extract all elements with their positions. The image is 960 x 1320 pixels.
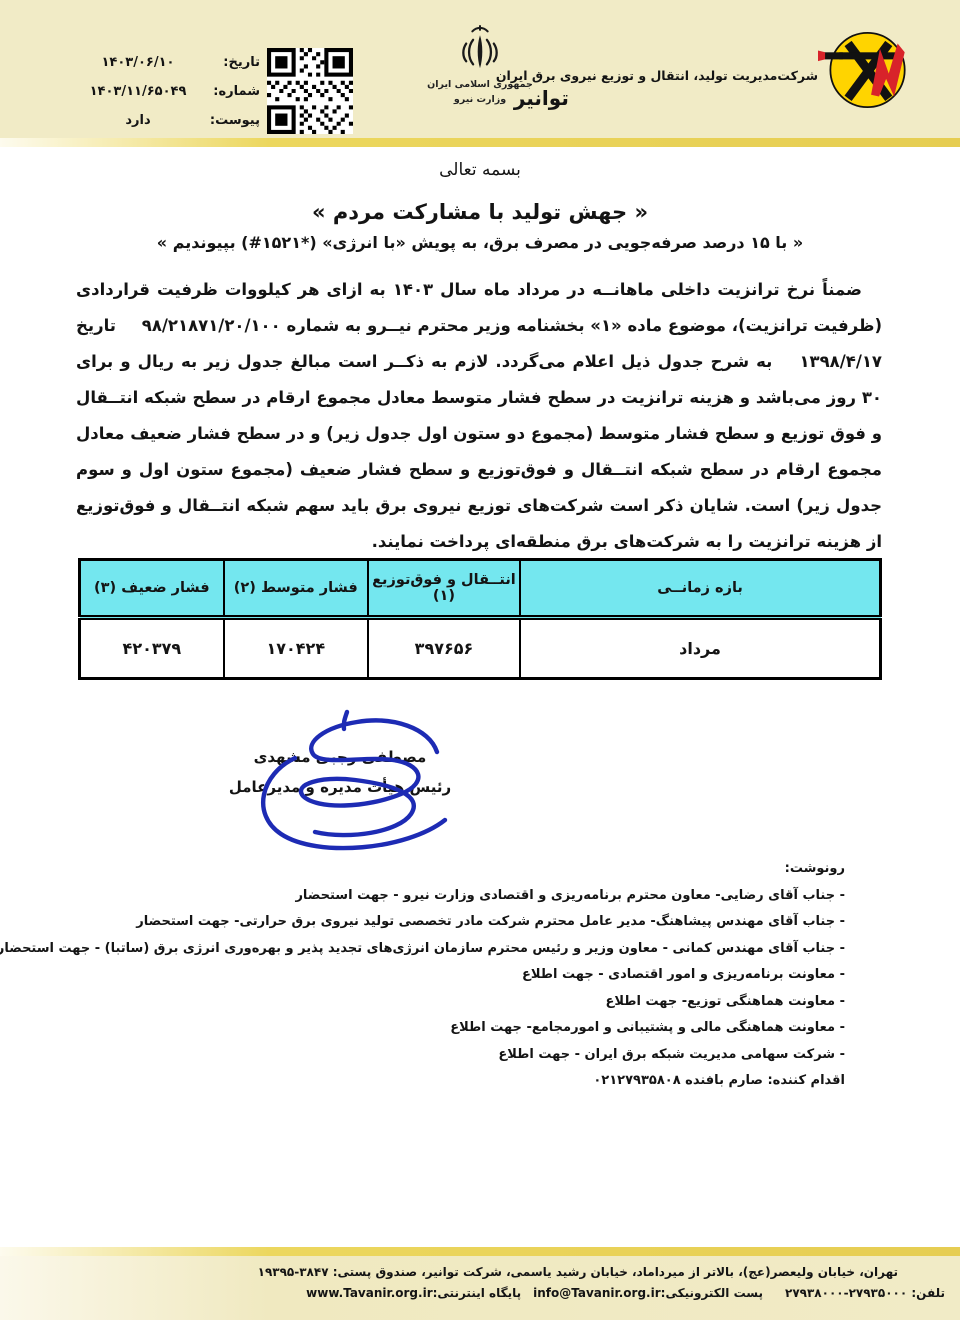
slogan2-campaign-code: (#۱۵۲۱*)	[241, 233, 316, 252]
slogan-line-1: « جهش تولید با مشارکت مردم »	[0, 200, 960, 224]
date-label: تاریخ:	[198, 55, 260, 70]
body-part-2: تاریخ	[76, 316, 122, 335]
emblem-text-1: جمهوری اسلامی ایران	[410, 78, 550, 93]
body-part-3: به شرح جدول ذیل اعلام می‌گردد. لازم به ذ…	[76, 352, 882, 551]
table-header-row: بازه زمانــی انتــقال و فوق‌توزیع (۱) فش…	[80, 560, 881, 618]
iran-emblem-icon	[457, 59, 503, 78]
email-label: پست الکترونیکی:	[661, 1286, 763, 1300]
meta-rows: تاریخ: ۱۴۰۳/۰۶/۱۰ شماره: ۱۴۰۳/۱۱/۶۵۰۴۹ پ…	[78, 48, 260, 135]
slogan-line-2: « با ۱۵ درصد صرفه‌جویی در مصرف برق، به پ…	[0, 233, 960, 252]
letter-body: ضمناً نرخ ترانزیت داخلی ماهانــه در مردا…	[76, 272, 882, 560]
attachment-label: پیوست:	[198, 113, 260, 128]
header-low-voltage: فشار ضعیف (۳)	[80, 560, 224, 618]
cc-item: - جناب آقای مهندس پیشاهنگ- مدیر عامل محت…	[55, 909, 845, 936]
header-transmission: انتــقال و فوق‌توزیع (۱)	[368, 560, 520, 618]
cell-transmission: ۳۹۷۶۵۶	[368, 618, 520, 679]
slogan2-pre: « با ۱۵ درصد صرفه‌جویی در مصرف برق، به پ…	[317, 233, 804, 252]
transit-rate-table: بازه زمانــی انتــقال و فوق‌توزیع (۱) فش…	[78, 558, 882, 680]
bismillah: بسمه تعالی	[0, 160, 960, 180]
cc-item: - معاونت هماهنگی مالی و پشتیبانی و امورم…	[55, 1015, 845, 1042]
meta-row-date: تاریخ: ۱۴۰۳/۰۶/۱۰	[78, 48, 260, 77]
date-value: ۱۴۰۳/۰۶/۱۰	[102, 55, 175, 70]
qr-code-icon	[267, 48, 353, 134]
cc-label: رونوشت:	[55, 856, 845, 883]
signatory-title: رئیس هیأت مدیره و مدیرعامل	[225, 778, 455, 796]
circular-date: ۱۳۹۸/۴/۱۷	[779, 344, 882, 380]
footer-contacts: تلفن: ۲۷۹۳۸۰۰۰-۲۷۹۳۵۰۰۰پست الکترونیکی:in…	[0, 1279, 960, 1300]
cell-period: مرداد	[520, 618, 880, 679]
cc-item: - شرکت سهامی مدیریت شبکه برق ایران - جهت…	[55, 1042, 845, 1069]
cell-medium-voltage: ۱۷۰۴۲۴	[224, 618, 368, 679]
header-period: بازه زمانــی	[520, 560, 880, 618]
attachment-value: دارد	[78, 113, 198, 128]
phone-label: تلفن:	[907, 1286, 945, 1300]
circular-number: ۹۸/۲۱۸۷۱/۲۰/۱۰۰	[122, 308, 281, 344]
slogan2-post: بپیوندیم »	[157, 233, 241, 252]
number-label: شماره:	[198, 84, 260, 99]
tavanir-logo-icon	[818, 24, 910, 120]
cell-low-voltage: ۴۲۰۳۷۹	[80, 618, 224, 679]
number-value: ۱۴۰۳/۱۱/۶۵۰۴۹	[90, 84, 187, 99]
website-label: پایگاه اینترنتی:	[433, 1286, 522, 1300]
cc-item: - جناب آقای مهندس کمانی - معاون وزیر و ر…	[55, 936, 845, 963]
brand-block: شرکت‌مدیریت تولید، انتقال و توزیع نیروی …	[496, 24, 910, 120]
cc-section: رونوشت: - جناب آقای رضایی- معاون محترم ب…	[55, 856, 845, 1095]
cc-actor: اقدام کننده: صارم بافنده ۰۲۱۲۷۹۳۵۸۰۸	[55, 1068, 845, 1095]
meta-row-number: شماره: ۱۴۰۳/۱۱/۶۵۰۴۹	[78, 77, 260, 106]
footer-band: تهران، خیابان ولیعصر(عج)، بالاتر از میرد…	[0, 1256, 960, 1320]
website-value: www.Tavanir.org.ir	[306, 1286, 432, 1300]
footer-address: تهران، خیابان ولیعصر(عج)، بالاتر از میرد…	[0, 1256, 960, 1279]
cc-item: - جناب آقای رضایی- معاون محترم برنامه‌ری…	[55, 883, 845, 910]
table-row: مرداد ۳۹۷۶۵۶ ۱۷۰۴۲۴ ۴۲۰۳۷۹	[80, 618, 881, 679]
phone-value: ۲۷۹۳۸۰۰۰-۲۷۹۳۵۰۰۰	[785, 1286, 907, 1300]
emblem-block: جمهوری اسلامی ایران وزارت نیرو	[410, 24, 550, 107]
cc-item: - معاونت هماهنگی توزیع- جهت اطلاع	[55, 989, 845, 1016]
header-medium-voltage: فشار متوسط (۲)	[224, 560, 368, 618]
meta-row-attachment: پیوست: دارد	[78, 106, 260, 135]
footer-gold-strip	[0, 1247, 960, 1256]
cc-item: - معاونت برنامه‌ریزی و امور اقتصادی - جه…	[55, 962, 845, 989]
signatory-name: مصطفی رجبی مشهدی	[225, 748, 455, 766]
signature-block: مصطفی رجبی مشهدی رئیس هیأت مدیره و مدیرع…	[225, 748, 455, 796]
address-text: تهران، خیابان ولیعصر(عج)، بالاتر از میرد…	[329, 1265, 898, 1279]
email-value: info@Tavanir.org.ir	[533, 1286, 661, 1300]
letter-page: شرکت‌مدیریت تولید، انتقال و توزیع نیروی …	[0, 0, 960, 1320]
postal-code: ۱۹۳۹۵-۳۸۴۷	[258, 1265, 329, 1279]
emblem-text-2: وزارت نیرو	[410, 93, 550, 108]
meta-block: تاریخ: ۱۴۰۳/۰۶/۱۰ شماره: ۱۴۰۳/۱۱/۶۵۰۴۹ پ…	[78, 48, 370, 140]
